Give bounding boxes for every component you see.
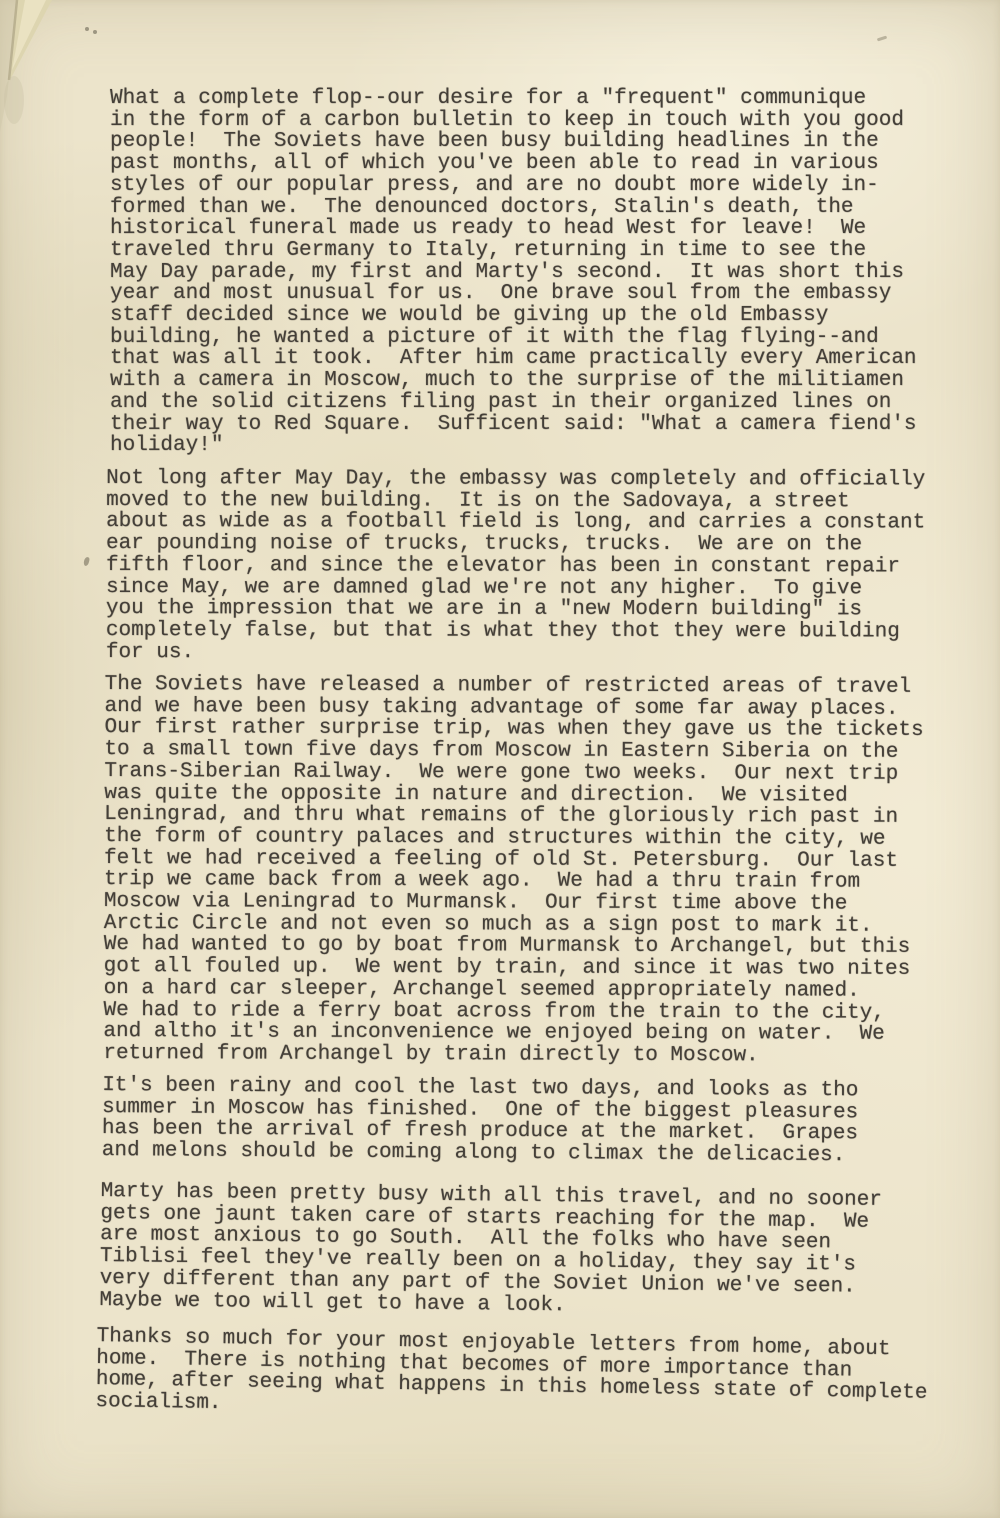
paper-speck — [93, 30, 97, 34]
letter-paragraph-5: Marty has been pretty busy with all this… — [99, 1181, 1000, 1321]
letter-body: What a complete flop--our desire for a "… — [0, 88, 1000, 1413]
letter-paragraph-4: It's been rainy and cool the last two da… — [102, 1075, 1000, 1168]
paper: What a complete flop--our desire for a "… — [0, 0, 1000, 1518]
paper-speck — [85, 27, 89, 31]
letter-paragraph-2: Not long after May Day, the embassy was … — [106, 468, 1000, 665]
letter-paragraph-3: The Soviets have released a number of re… — [103, 674, 1000, 1068]
letter-paragraph-1: What a complete flop--our desire for a "… — [110, 88, 1000, 457]
paper-speck — [877, 36, 887, 42]
letter-paragraph-6: Thanks so much for your most enjoyable l… — [95, 1326, 1000, 1428]
